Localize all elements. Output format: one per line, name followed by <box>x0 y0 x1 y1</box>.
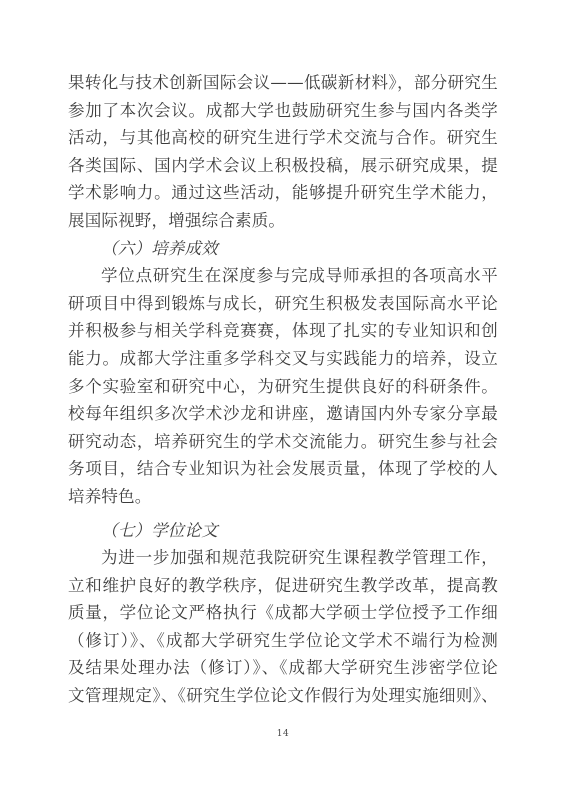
text-line: 参加了本次会议。成都大学也鼓励研究生参与国内各类学术 <box>68 97 498 125</box>
text-line: 务项目，结合专业知识为社会发展贡量，体现了学校的人才 <box>68 455 498 483</box>
text-line: 各类国际、国内学术会议上积极投稿，展示研究成果，提升 <box>68 152 498 180</box>
text-line: 展国际视野，增强综合素质。 <box>68 207 498 235</box>
text-line: 及结果处理办法（修订）》、《成都大学研究生涉密学位论 <box>68 654 498 682</box>
text-line: （修订）》、《成都大学研究生学位论文学术不端行为检测 <box>68 627 498 655</box>
text-line: 学位点研究生在深度参与完成导师承担的各项高水平科 <box>68 262 498 290</box>
section-heading: （七）学位论文 <box>68 517 498 545</box>
text-line: 质量，学位论文严格执行《成都大学硕士学位授予工作细则 <box>68 599 498 627</box>
text-line: 文管理规定》、《研究生学位论文作假行为处理实施细则》、 <box>68 682 498 710</box>
page-number: 14 <box>0 729 566 739</box>
text-line: 多个实验室和研究中心，为研究生提供良好的科研条件。学 <box>68 373 498 401</box>
text-line: 研项目中得到锻炼与成长，研究生积极发表国际高水平论文， <box>68 290 498 318</box>
text-line: 为进一步加强和规范我院研究生课程教学管理工作，建 <box>68 544 498 572</box>
text-line: 校每年组织多次学术沙龙和讲座，邀请国内外专家分享最新 <box>68 400 498 428</box>
document-page: 果转化与技术创新国际会议——低碳新材料》，部分研究生参加了本次会议。成都大学也鼓… <box>0 0 566 800</box>
text-line: 学术影响力。通过这些活动，能够提升研究生学术能力，拓 <box>68 179 498 207</box>
section-heading: （六）培养成效 <box>68 235 498 263</box>
text-line: 果转化与技术创新国际会议——低碳新材料》，部分研究生 <box>68 69 498 97</box>
text-line: 研究动态，培养研究生的学术交流能力。研究生参与社会服 <box>68 428 498 456</box>
text-line: 培养特色。 <box>68 483 498 511</box>
text-line: 活动，与其他高校的研究生进行学术交流与合作。研究生在 <box>68 124 498 152</box>
text-line: 并积极参与相关学科竞赛赛，体现了扎实的专业知识和创新 <box>68 317 498 345</box>
text-line: 立和维护良好的教学秩序，促进研究生教学改革，提高教学 <box>68 572 498 600</box>
text-line: 能力。成都大学注重多学科交叉与实践能力的培养，设立了 <box>68 345 498 373</box>
document-body: 果转化与技术创新国际会议——低碳新材料》，部分研究生参加了本次会议。成都大学也鼓… <box>68 69 498 710</box>
